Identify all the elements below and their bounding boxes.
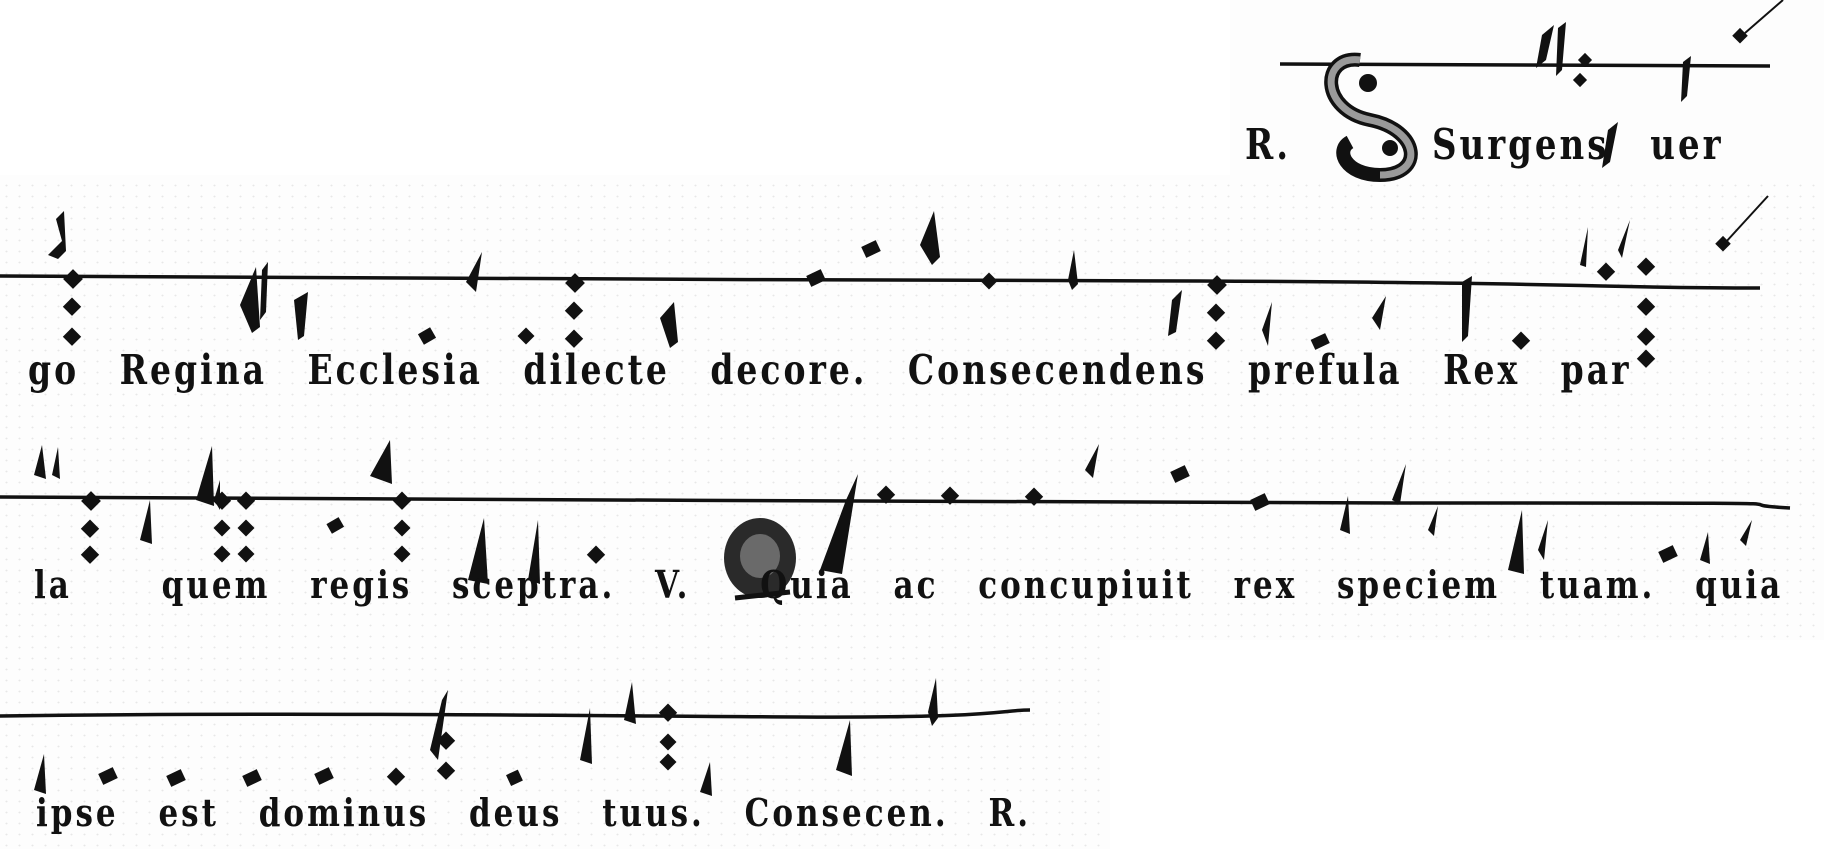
lyric-word: prefula [1248,345,1403,394]
lyric-word: decore. [710,345,867,394]
lyric-word: la [34,563,72,608]
versicle-mark: V. [655,563,690,608]
lyric-word: regis [310,563,412,608]
text-line-2: go Regina Ecclesia dilecte decore. Conse… [28,345,1658,394]
lyric-word: dominus [259,791,429,836]
staff-line-4 [0,710,1030,717]
lyric-word: tuam. [1540,563,1656,608]
lyric-word: Rex [1443,345,1520,394]
lyric-word: tuus. [602,791,705,836]
text-line-3: la quem regis sceptra. V. Quia ac concup… [34,563,1809,608]
rubric-r: R. [1245,120,1291,170]
lyric-word: rex [1234,563,1298,608]
lyric-word: dilecte [523,345,669,394]
lyric-word: go [28,345,79,394]
lyric-word: Regina [120,345,267,394]
text-line-1: R. Surgens uer [1245,120,1750,170]
manuscript-page: R. Surgens uer go Regina Ecclesia dilect… [0,0,1824,849]
lyric-word: speciem [1337,563,1500,608]
lyric-word: concupiuit [978,563,1194,608]
lyric-word: Ecclesia [308,345,483,394]
lyric-word: quem [162,563,271,608]
lyric-word: deus [469,791,562,836]
rubric-r: R. [988,791,1031,836]
lyric-word: Consecendens [908,345,1208,394]
lyric-word: Quia [760,563,853,608]
lyric-word: uer [1650,120,1723,170]
lyric-word: quia [1695,563,1783,608]
lyric-word: par [1561,345,1632,394]
lyric-word: Consecen. [745,791,949,836]
lyric-word: est [158,791,219,836]
text-line-4: ipse est dominus deus tuus. Consecen. R. [36,791,1057,836]
staff-line-3 [0,497,1790,508]
lyric-word: ipse [36,791,119,836]
lyric-word: ac [893,563,938,608]
lyric-word: sceptra. [452,563,615,608]
lyric-word: Surgens [1432,120,1609,170]
